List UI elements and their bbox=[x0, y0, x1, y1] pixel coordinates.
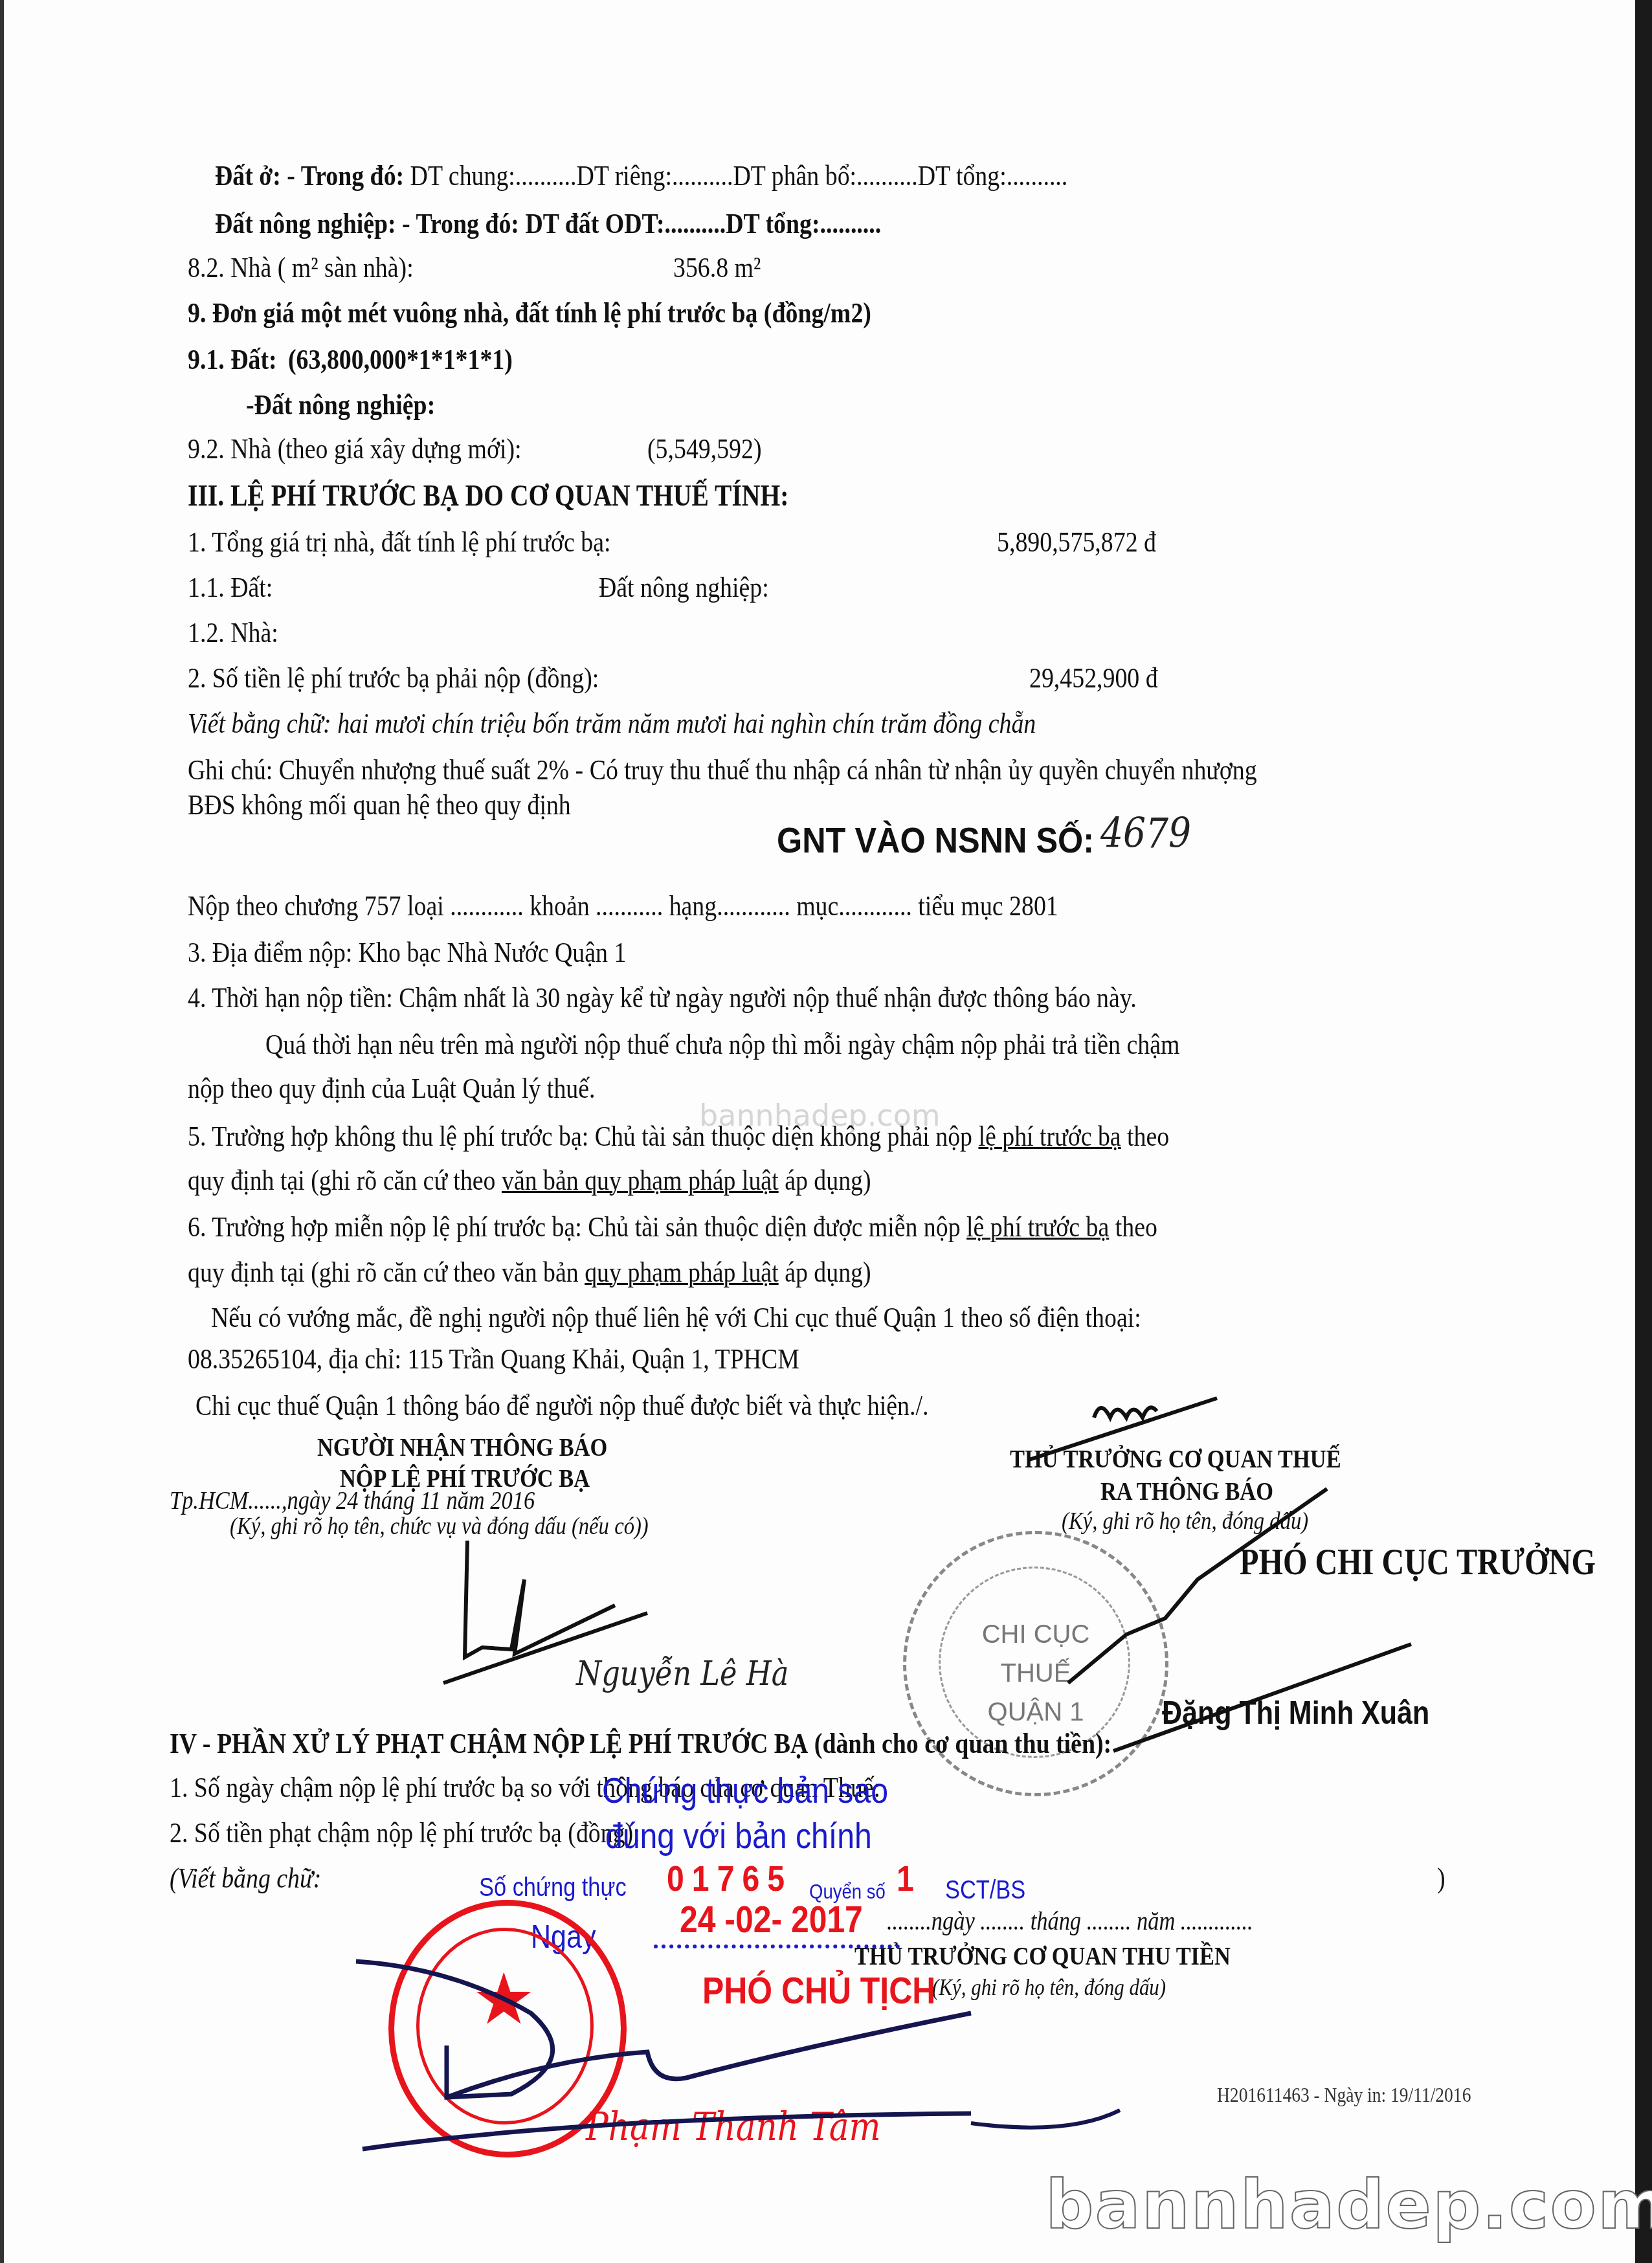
document-page: Đất ở: - Trong đó: DT chung:..........DT… bbox=[0, 0, 1652, 2263]
signature-strokes bbox=[0, 0, 1652, 2263]
